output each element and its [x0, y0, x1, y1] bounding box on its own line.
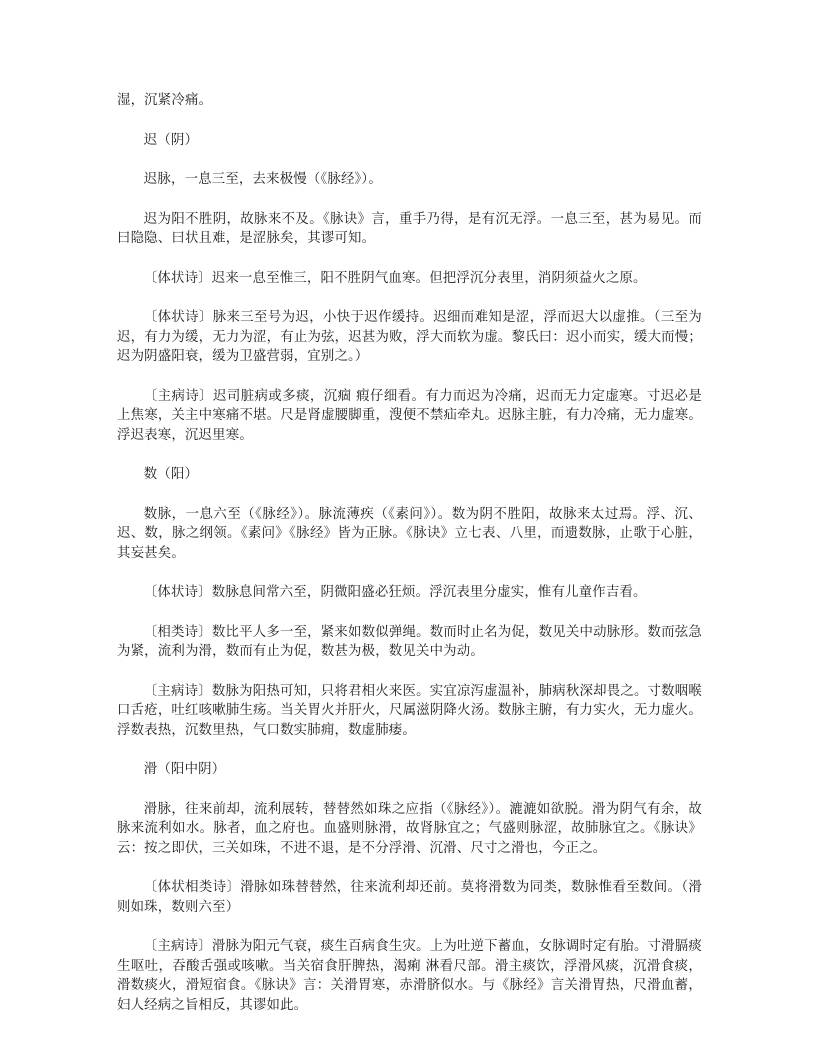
section-heading-hua: 滑（阳中阴） — [117, 760, 702, 780]
section-heading-chi: 迟（阴） — [117, 131, 702, 151]
paragraph-poem: 〔体状诗〕迟来一息至惟三，阳不胜阴气血寒。但把浮沉分表里，消阴须益火之原。 — [117, 269, 702, 289]
paragraph-poem: 〔主病诗〕滑脉为阳元气衰，痰生百病食生灾。上为吐逆下蓄血，女脉调时定有胎。寸滑膈… — [117, 937, 702, 1015]
document-page: 湿，沉紧冷痛。 迟（阴） 迟脉，一息三至，去来极慢（《脉经》）。 迟为阳不胜阴，… — [117, 91, 702, 1035]
paragraph-poem: 〔主病诗〕迟司脏病或多痰，沉痼 瘕仔细看。有力而迟为冷痛，迟而无力定虚寒。寸迟必… — [117, 387, 702, 446]
paragraph: 迟为阳不胜阴，故脉来不及。《脉诀》言，重手乃得，是有沉无浮。一息三至，甚为易见。… — [117, 210, 702, 249]
section-heading-shuo: 数（阳） — [117, 465, 702, 485]
paragraph: 数脉，一息六至（《脉经》）。脉流薄疾（《素问》）。数为阴不胜阳，故脉来太过焉。浮… — [117, 505, 702, 564]
paragraph-poem: 〔主病诗〕数脉为阳热可知，只将君相火来医。实宜凉泻虚温补，肺病秋深却畏之。寸数咽… — [117, 682, 702, 741]
continuation-text: 湿，沉紧冷痛。 — [117, 91, 702, 111]
paragraph-poem: 〔相类诗〕数比平人多一至，紧来如数似弹绳。数而时止名为促，数见关中动脉形。数而弦… — [117, 623, 702, 662]
paragraph: 滑脉，往来前却，流利展转，替替然如珠之应指（《脉经》）。漉漉如欲脱。滑为阴气有余… — [117, 800, 702, 859]
paragraph-poem: 〔体状诗〕数脉息间常六至，阴微阳盛必狂烦。浮沉表里分虚实，惟有儿童作吉看。 — [117, 583, 702, 603]
paragraph-poem: 〔体状诗〕脉来三至号为迟，小快于迟作缓持。迟细而难知是涩，浮而迟大以虚推。（三至… — [117, 308, 702, 367]
paragraph-poem: 〔体状相类诗〕滑脉如珠替替然，往来流利却还前。莫将滑数为同类，数脉惟看至数间。（… — [117, 878, 702, 917]
paragraph: 迟脉，一息三至，去来极慢（《脉经》）。 — [117, 170, 702, 190]
